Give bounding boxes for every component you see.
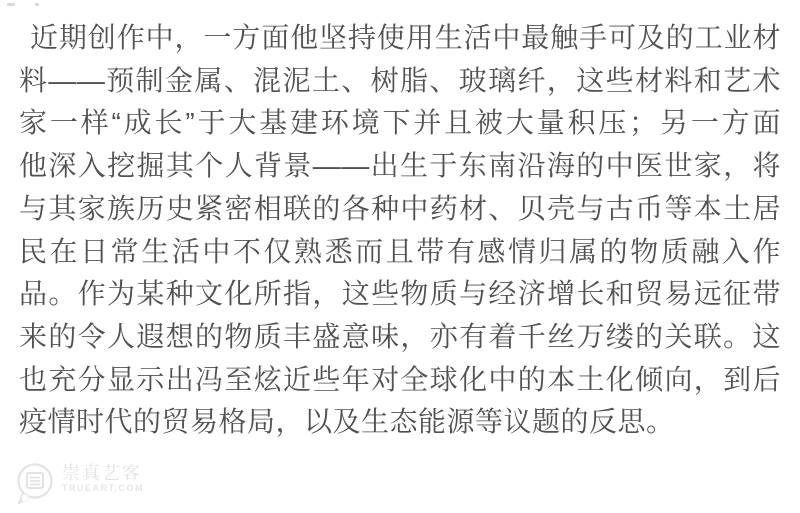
text-line: 疫情时代的贸易格局，以及生态能源等议题的反思。 [19, 401, 781, 444]
article-text: 近期创作中，一方面他坚持使用生活中最触手可及的工业材料——预制金属、混泥土、树脂… [19, 17, 781, 444]
text-line: 他深入挖掘其个人背景——出生于东南沿海的中医世家，将 [19, 145, 781, 188]
text-line: 也充分显示出冯至炫近些年对全球化中的本土化倾向，到后 [19, 359, 781, 402]
cropped-text-remnant [7, 3, 15, 6]
text-line: 品。作为某种文化所指，这些物质与经济增长和贸易远征带 [19, 273, 781, 316]
text-line: 与其家族历史紧密相联的各种中药材、贝壳与古币等本土居 [19, 188, 781, 231]
watermark: 崇真艺客 TRUEART.COM [12, 461, 144, 507]
watermark-site: TRUEART.COM [62, 483, 144, 494]
watermark-name: 崇真艺客 [62, 463, 144, 483]
cropped-text-remnant [35, 3, 39, 6]
text-line: 近期创作中，一方面他坚持使用生活中最触手可及的工业材 [19, 17, 781, 60]
text-line: 家一样“成长”于大基建环境下并且被大量积压；另一方面 [19, 102, 781, 145]
text-line: 来的令人遐想的物质丰盛意味，亦有着千丝万缕的关联。这 [19, 316, 781, 359]
watermark-text: 崇真艺客 TRUEART.COM [62, 461, 144, 494]
article-page: 近期创作中，一方面他坚持使用生活中最触手可及的工业材料——预制金属、混泥土、树脂… [0, 0, 800, 513]
speech-bubble-document-icon [12, 461, 56, 507]
text-line: 料——预制金属、混泥土、树脂、玻璃纤，这些材料和艺术 [19, 60, 781, 103]
text-line: 民在日常生活中不仅熟悉而且带有感情归属的物质融入作 [19, 231, 781, 274]
